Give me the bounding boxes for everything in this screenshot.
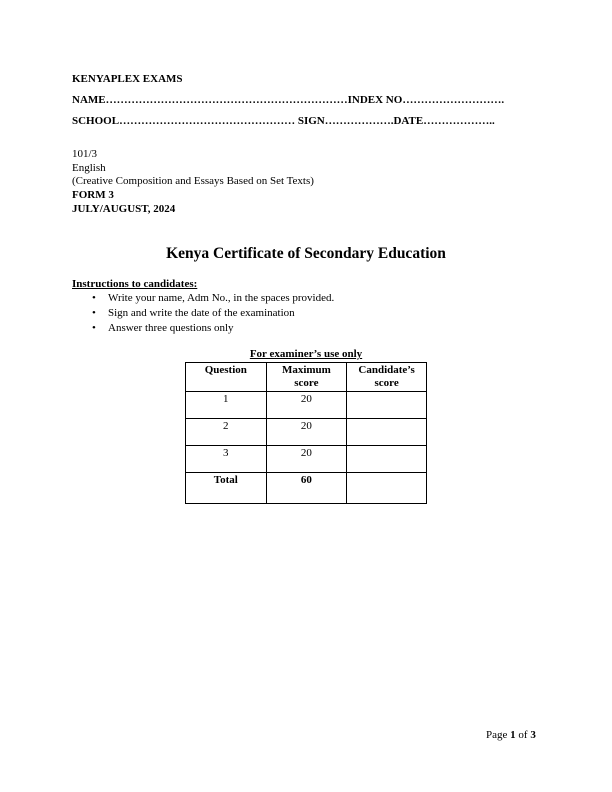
page-of: of bbox=[516, 729, 531, 741]
index-label: INDEX NO bbox=[348, 94, 403, 106]
school-field[interactable]: ………………………………………… bbox=[119, 115, 298, 127]
page-total: 3 bbox=[530, 729, 536, 741]
school-sign-date-line: SCHOOL………………………………………… SIGN……………….DATE……… bbox=[72, 115, 495, 127]
table-row: 1 20 bbox=[186, 392, 427, 419]
date-field[interactable]: ……………….. bbox=[423, 115, 495, 127]
document-title: Kenya Certificate of Secondary Education bbox=[0, 245, 612, 263]
sign-label: SIGN bbox=[298, 115, 325, 127]
header-question: Question bbox=[186, 363, 267, 392]
paper-subject: English bbox=[72, 162, 106, 176]
maximum-score: 20 bbox=[266, 392, 347, 419]
table-row: 2 20 bbox=[186, 419, 427, 446]
score-table: Question Maximum score Candidate’s score… bbox=[185, 362, 427, 504]
total-maximum-score: 60 bbox=[266, 473, 347, 504]
paper-form: FORM 3 bbox=[72, 189, 114, 203]
total-label: Total bbox=[186, 473, 267, 504]
page-prefix: Page bbox=[486, 729, 510, 741]
paper-code: 101/3 bbox=[72, 148, 97, 162]
table-row: 3 20 bbox=[186, 446, 427, 473]
name-index-line: NAME…………………………………………………………INDEX NO………………… bbox=[72, 94, 504, 106]
candidate-score-cell[interactable] bbox=[347, 392, 427, 419]
candidate-score-cell[interactable] bbox=[347, 446, 427, 473]
org-name: KENYAPLEX EXAMS bbox=[72, 73, 183, 85]
header-candidate-score: Candidate’s score bbox=[347, 363, 427, 392]
candidate-score-cell[interactable] bbox=[347, 419, 427, 446]
name-label: NAME bbox=[72, 94, 106, 106]
index-field[interactable]: ………………………. bbox=[402, 94, 504, 106]
page-number: Page 1 of 3 bbox=[486, 729, 536, 741]
maximum-score: 20 bbox=[266, 446, 347, 473]
table-total-row: Total 60 bbox=[186, 473, 427, 504]
instruction-item: Answer three questions only bbox=[108, 321, 334, 336]
total-candidate-score-cell[interactable] bbox=[347, 473, 427, 504]
table-header-row: Question Maximum score Candidate’s score bbox=[186, 363, 427, 392]
question-number: 1 bbox=[186, 392, 267, 419]
school-label: SCHOOL bbox=[72, 115, 119, 127]
instruction-item: Sign and write the date of the examinati… bbox=[108, 306, 334, 321]
question-number: 3 bbox=[186, 446, 267, 473]
name-field[interactable]: ………………………………………………………… bbox=[106, 94, 348, 106]
question-number: 2 bbox=[186, 419, 267, 446]
date-label: DATE bbox=[393, 115, 423, 127]
paper-title: (Creative Composition and Essays Based o… bbox=[72, 175, 314, 189]
paper-session: JULY/AUGUST, 2024 bbox=[72, 203, 175, 217]
header-maximum-score: Maximum score bbox=[266, 363, 347, 392]
score-table-caption: For examiner’s use only bbox=[185, 348, 427, 360]
sign-field[interactable]: ………………. bbox=[325, 115, 394, 127]
maximum-score: 20 bbox=[266, 419, 347, 446]
instructions-heading: Instructions to candidates: bbox=[72, 278, 197, 290]
instruction-item: Write your name, Adm No., in the spaces … bbox=[108, 291, 334, 306]
instructions-list: Write your name, Adm No., in the spaces … bbox=[72, 291, 334, 336]
